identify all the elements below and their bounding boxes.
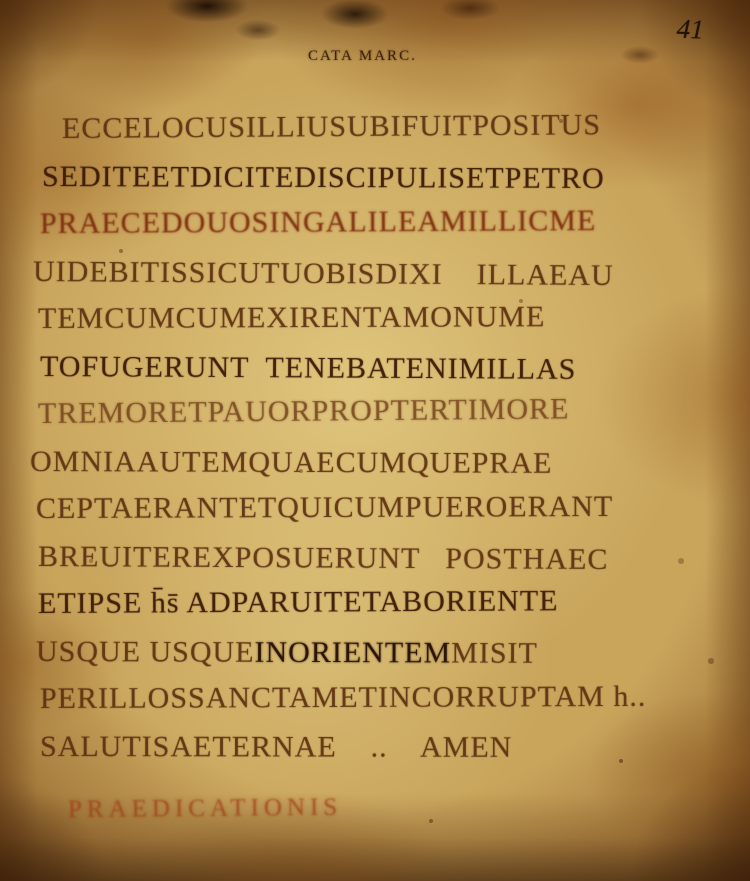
manuscript-line: ETIPSE h̄s̄ ADPARUITETABORIENTE — [38, 583, 728, 634]
line-segment: MISIT — [451, 636, 538, 669]
manuscript-line: PERILLOSSANCTAMETINCORRUPTAM h.. — [40, 680, 728, 730]
line-segment: USQUE USQUE — [36, 635, 255, 669]
manuscript-line: CEPTAERANTETQUICUMPUEROERANT — [36, 490, 728, 540]
manuscript-page: CATA MARC. 41 ECCELOCUSILLIUSUBIFUITPOSI… — [0, 0, 750, 881]
manuscript-line: TREMORETPAUORPROPTERTIMORE — [38, 391, 728, 445]
manuscript-line: PRAECEDOUOSINGALILEAMILLICME — [40, 203, 728, 254]
manuscript-line: SEDITEETDICITEDISCIPULISETPETRO — [42, 160, 728, 210]
colophon-line: PRAEDICATIONIS — [68, 794, 342, 824]
running-title: CATA MARC. — [308, 48, 417, 65]
folio-number: 41 — [674, 14, 707, 46]
manuscript-line: SALUTISAETERNAE .. AMEN — [40, 730, 728, 779]
parchment-specks — [0, 0, 2, 2]
manuscript-line: ECCELOCUSILLIUSUBIFUITPOSITUS — [62, 107, 728, 159]
manuscript-line: USQUE USQUEINORIENTEMMISIT — [36, 635, 728, 685]
manuscript-line: OMNIAAUTEMQUAECUMQUEPRAE — [30, 445, 728, 495]
manuscript-text-block: ECCELOCUSILLIUSUBIFUITPOSITUS SEDITEETDI… — [38, 112, 728, 777]
line-segment-retraced: INORIENTEM — [254, 635, 451, 669]
manuscript-line: TEMCUMCUMEXIRENTAMONUME — [38, 300, 728, 350]
